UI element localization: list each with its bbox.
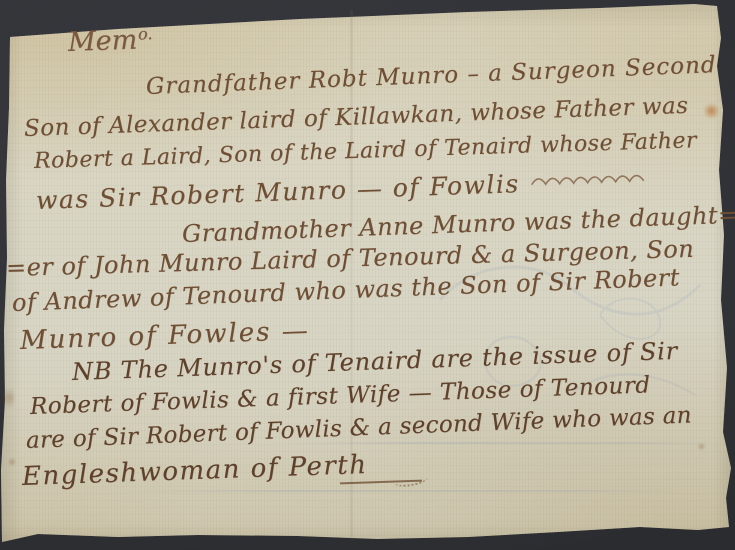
manuscript-line: Grandfather Robt Munro – a Surgeon Secon…	[146, 52, 717, 100]
flourish-squiggle	[529, 170, 649, 190]
manuscript-line: Munro of Fowles —	[19, 316, 310, 356]
heading-text: Mem	[67, 25, 137, 58]
photo-backdrop: Memo. Grandfather Robt Munro – a Surgeon…	[0, 0, 735, 550]
ink-dot-marks	[393, 471, 429, 489]
manuscript-line-text: was Sir Robert Munro — of Fowlis	[35, 169, 520, 215]
manuscript-line-text: Engleshwoman of Perth	[21, 450, 367, 492]
manuscript-line: Engleshwoman of Perth	[21, 450, 367, 492]
manuscript-line-text: Munro of Fowles —	[19, 316, 310, 356]
manuscript-heading: Memo.	[67, 24, 152, 58]
handwritten-text-layer: Memo. Grandfather Robt Munro – a Surgeon…	[0, 0, 735, 550]
heading-superscript: o.	[138, 24, 153, 43]
manuscript-line-text: Grandfather Robt Munro – a Surgeon Secon…	[146, 52, 717, 100]
